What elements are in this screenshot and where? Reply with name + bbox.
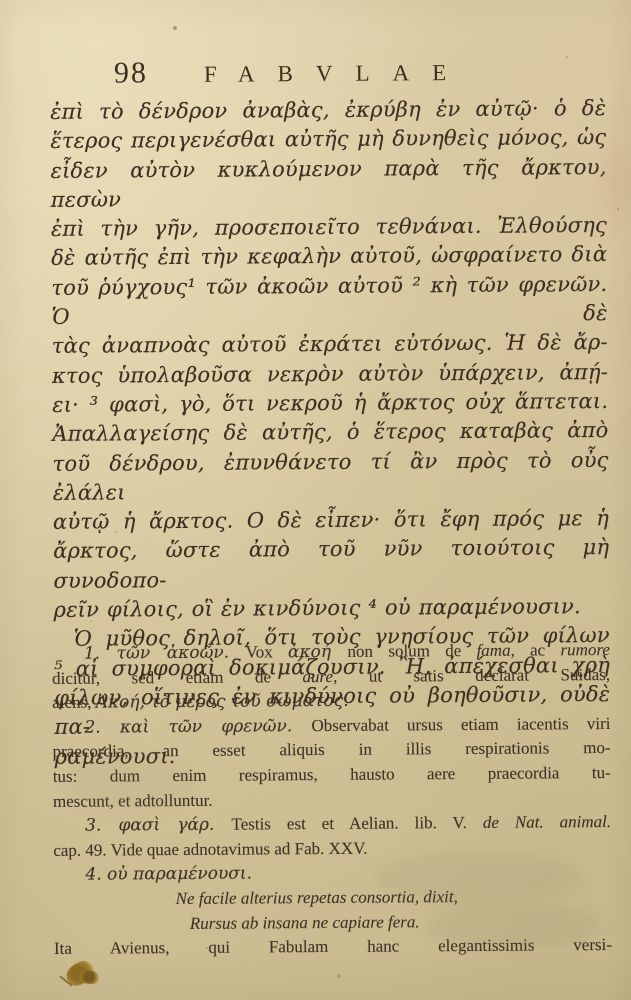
greek-body-line: Ἀπαλλαγείσης δὲ αὐτῆς, ὁ ἕτερος καταβὰς … xyxy=(52,416,608,449)
pressed-flower-mark xyxy=(58,960,104,1000)
text-run: rumore xyxy=(560,640,610,659)
book-page: 98 FABVLAE ἐπὶ τὸ δένδρον ἀναβὰς, ἐκρύβη… xyxy=(0,0,631,1000)
greek-body-line: τὰς ἀναπνοὰς αὐτοῦ ἐκράτει εὐτόνως. Ἡ δὲ… xyxy=(52,328,608,361)
text-run: aure xyxy=(302,667,333,686)
running-title: FABVLAE xyxy=(204,60,470,88)
greek-body-line: ἄρκτος, ὥστε ἀπὸ τοῦ νῦν τοιούτοις μὴ συ… xyxy=(53,533,609,595)
text-run: non solum de xyxy=(347,641,476,661)
show-through-smudge xyxy=(66,752,196,814)
text-run: 2. καὶ τῶν φρενῶν. xyxy=(84,716,311,738)
greek-body-line: εἶδεν αὐτὸν κυκλούμενον παρὰ τῆς ἄρκτου,… xyxy=(50,153,606,215)
footnote-line: 3. φασὶ γάρ. Testis est et Aelian. lib. … xyxy=(53,810,611,838)
text-run: Rursus ab insana ne capiare fera. xyxy=(190,912,420,933)
text-run: 3. φασὶ γάρ. xyxy=(85,815,231,836)
text-run: cap. 49. Vide quae adnotavimus ad Fab. X… xyxy=(53,838,367,859)
greek-body-line: ἐπὶ τὴν γῆν, προσεποιεῖτο τεθνάναι. Ἐλθο… xyxy=(51,211,607,244)
text-run: aiens, xyxy=(52,693,96,712)
paper-stain xyxy=(583,108,631,258)
text-run: 4. οὐ παραμένουσι. xyxy=(85,864,252,885)
text-run: ἀκοή xyxy=(288,642,348,662)
text-run: fama xyxy=(476,641,510,660)
text-run: 1. τῶν ἀκοῶν. xyxy=(84,643,246,664)
footnote-line: 1. τῶν ἀκοῶν. Vox ἀκοή non solum de fama… xyxy=(52,638,610,666)
paper-specks xyxy=(0,0,2,2)
footnote-line: dicitur, sed etiam de aure, ut satis dec… xyxy=(52,663,610,691)
page-content: 98 FABVLAE ἐπὶ τὸ δένδρον ἀναβὰς, ἐκρύβη… xyxy=(0,0,631,1000)
greek-body-line: ἐπὶ τὸ δένδρον ἀναβὰς, ἐκρύβη ἐν αὐτῷ· ὁ… xyxy=(50,94,606,127)
greek-body-line: ει· ³ φασὶ, γὸ, ὅτι νεκροῦ ἡ ἄρκτος οὐχ … xyxy=(52,387,608,420)
page-number: 98 xyxy=(114,56,148,90)
text-run: Vox xyxy=(246,642,289,661)
text-run: , ac xyxy=(510,640,560,659)
text-run: dicitur, sed etiam de xyxy=(52,667,303,688)
show-through-smudge xyxy=(375,852,580,904)
text-run: , ut satis declarat Suidas, xyxy=(333,665,610,686)
text-run: Ἀκοή, τὸ μέρος τοῦ σώματος. xyxy=(96,691,349,713)
greek-body-line: δὲ αὐτῆς ἐπὶ τὴν κεφαλὴν αὐτοῦ, ὠσφραίνε… xyxy=(51,240,607,273)
greek-body-line: κτος ὑπολαβοῦσα νεκρὸν αὐτὸν ὑπάρχειν, ἀ… xyxy=(52,358,608,391)
greek-body-line: αὐτῷ ἡ ἄρκτος. Ο δὲ εἶπεν· ὅτι ἔφη πρός … xyxy=(53,504,609,537)
greek-body-line: ρεῖν φίλοις, οἳ ἐν κινδύνοις ⁴ οὐ παραμέ… xyxy=(54,592,610,625)
text-run: Observabat ursus etiam iacentis viri xyxy=(311,714,610,735)
greek-body-line: ἕτερος περιγενέσθαι αὐτῆς μὴ δυνηθεὶς μό… xyxy=(50,123,606,156)
show-through-smudge xyxy=(428,903,603,949)
text-run: de Nat. animal. xyxy=(483,812,611,832)
greek-body-line: τοῦ ῥύγχους¹ τῶν ἀκοῶν αὐτοῦ ² κὴ τῶν φρ… xyxy=(51,270,607,332)
text-run: Testis est et Aelian. lib. V. xyxy=(231,813,482,834)
greek-body-line: τοῦ δένδρου, ἐπυνθάνετο τί ἂν πρὸς τὸ οὖ… xyxy=(53,446,609,508)
